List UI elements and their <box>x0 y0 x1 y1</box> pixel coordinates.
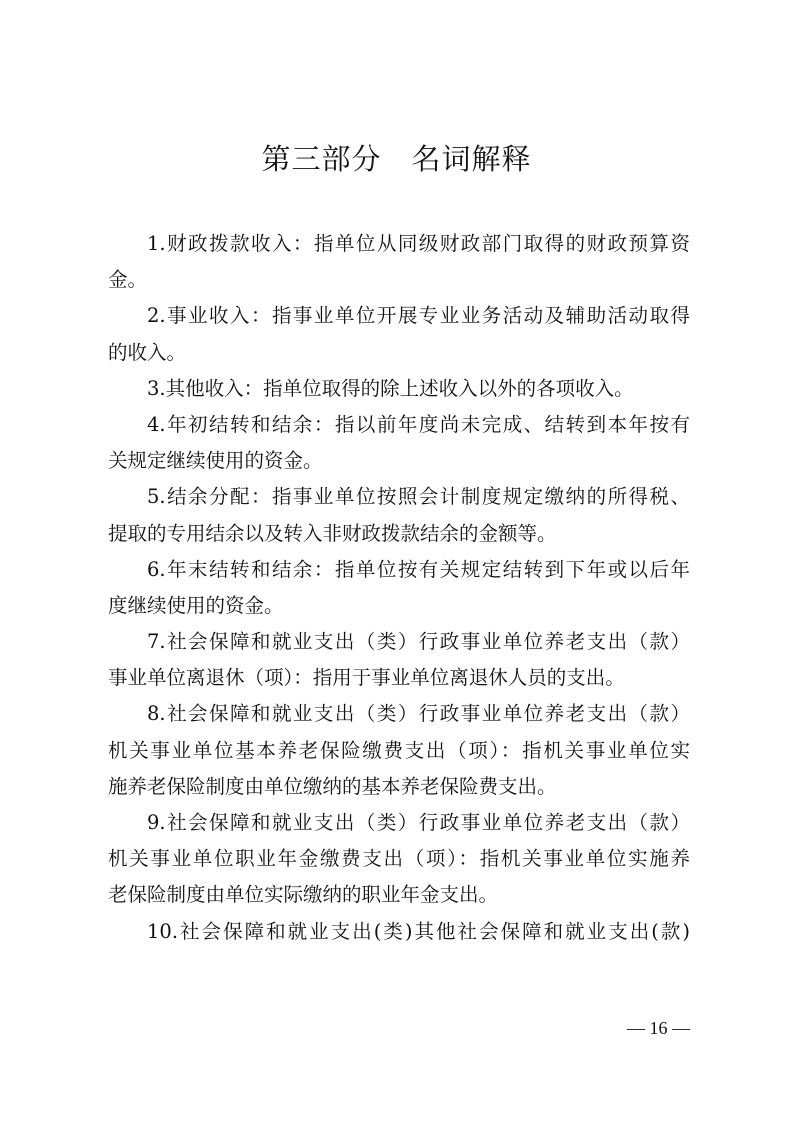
text-line: 9.社会保障和就业支出（类）行政事业单位养老支出（款） <box>108 805 690 841</box>
text-line: 10.社会保障和就业支出(类)其他社会保障和就业支出(款) <box>108 914 690 950</box>
text-line: 7.社会保障和就业支出（类）行政事业单位养老支出（款） <box>108 624 690 660</box>
text-line: 3.其他收入：指单位取得的除上述收入以外的各项收入。 <box>108 371 690 407</box>
document-page: 第三部分 名词解释 1.财政拨款收入：指单位从同级财政部门取得的财政预算资 金。… <box>0 0 793 1122</box>
text-line: 度继续使用的资金。 <box>108 588 690 624</box>
text-line: 提取的专用结余以及转入非财政拨款结余的金额等。 <box>108 516 690 552</box>
text-line: 5.结余分配：指事业单位按照会计制度规定缴纳的所得税、 <box>108 479 690 515</box>
text-line: 机关事业单位职业年金缴费支出（项）：指机关事业单位实施养 <box>108 841 690 877</box>
text-line: 8.社会保障和就业支出（类）行政事业单位养老支出（款） <box>108 696 690 732</box>
definitions-body: 1.财政拨款收入：指单位从同级财政部门取得的财政预算资 金。 2.事业收入：指事… <box>108 226 690 950</box>
text-line: 机关事业单位基本养老保险缴费支出（项）：指机关事业单位实 <box>108 733 690 769</box>
text-line: 2.事业收入：指事业单位开展专业业务活动及辅助活动取得 <box>108 298 690 334</box>
text-line: 6.年末结转和结余：指单位按有关规定结转到下年或以后年 <box>108 552 690 588</box>
text-line: 金。 <box>108 262 690 298</box>
text-line: 施养老保险制度由单位缴纳的基本养老保险费支出。 <box>108 769 690 805</box>
text-line: 4.年初结转和结余：指以前年度尚未完成、结转到本年按有 <box>108 407 690 443</box>
text-line: 1.财政拨款收入：指单位从同级财政部门取得的财政预算资 <box>108 226 690 262</box>
text-line: 老保险制度由单位实际缴纳的职业年金支出。 <box>108 877 690 913</box>
text-line: 关规定继续使用的资金。 <box>108 443 690 479</box>
text-line: 的收入。 <box>108 335 690 371</box>
page-title: 第三部分 名词解释 <box>0 137 793 178</box>
text-line: 事业单位离退休（项）：指用于事业单位离退休人员的支出。 <box>108 660 690 696</box>
page-number: — 16 — <box>627 1018 690 1039</box>
